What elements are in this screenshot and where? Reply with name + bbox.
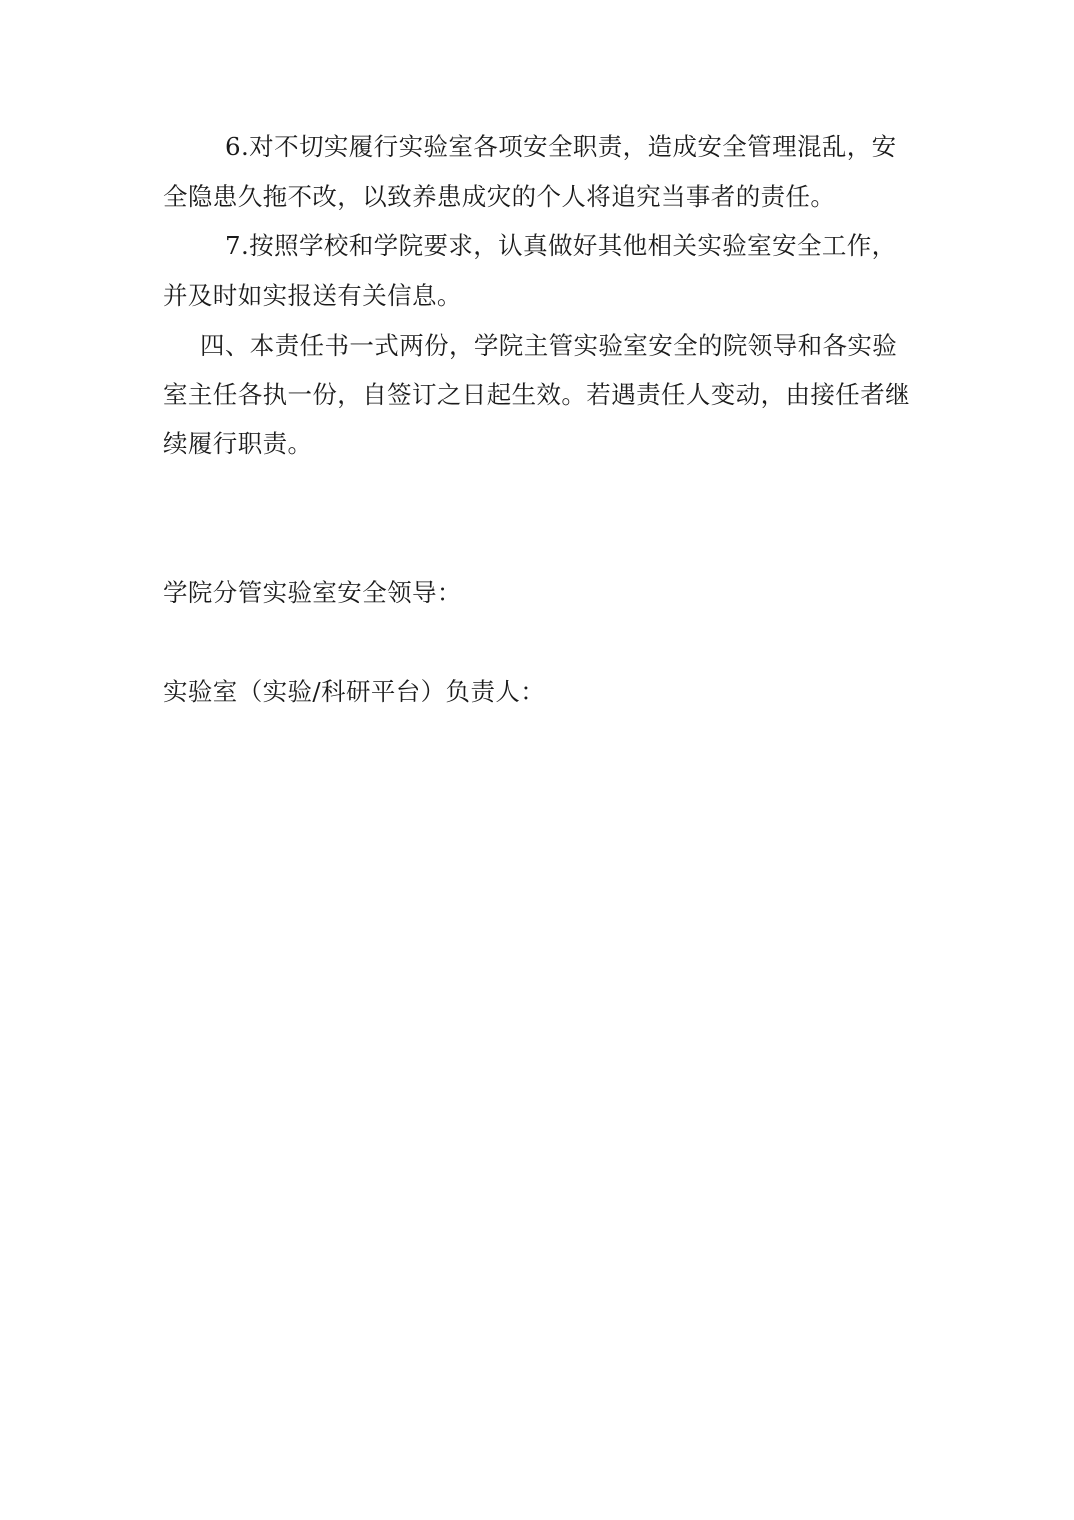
- lab-head-signature-label: 实验室（实验/科研平台）负责人：: [163, 677, 545, 707]
- item-6-line-1: 6.对不切实履行实验室各项安全职责，造成安全管理混乱，安: [225, 132, 897, 162]
- section-4-line-2: 室主任各执一份，自签订之日起生效。若遇责任人变动，由接任者继: [163, 380, 910, 410]
- section-4-line-1: 四、本责任书一式两份，学院主管实验室安全的院领导和各实验: [200, 331, 897, 361]
- college-leader-signature-label: 学院分管实验室安全领导：: [163, 578, 462, 608]
- document-page: 6.对不切实履行实验室各项安全职责，造成安全管理混乱，安 全隐患久拖不改，以致养…: [0, 0, 1074, 1520]
- section-4-line-3: 续履行职责。: [163, 429, 312, 459]
- item-7-line-1: 7.按照学校和学院要求，认真做好其他相关实验室安全工作，: [225, 231, 897, 261]
- item-7-line-2: 并及时如实报送有关信息。: [163, 281, 462, 311]
- item-6-line-2: 全隐患久拖不改，以致养患成灾的个人将追究当事者的责任。: [163, 182, 835, 212]
